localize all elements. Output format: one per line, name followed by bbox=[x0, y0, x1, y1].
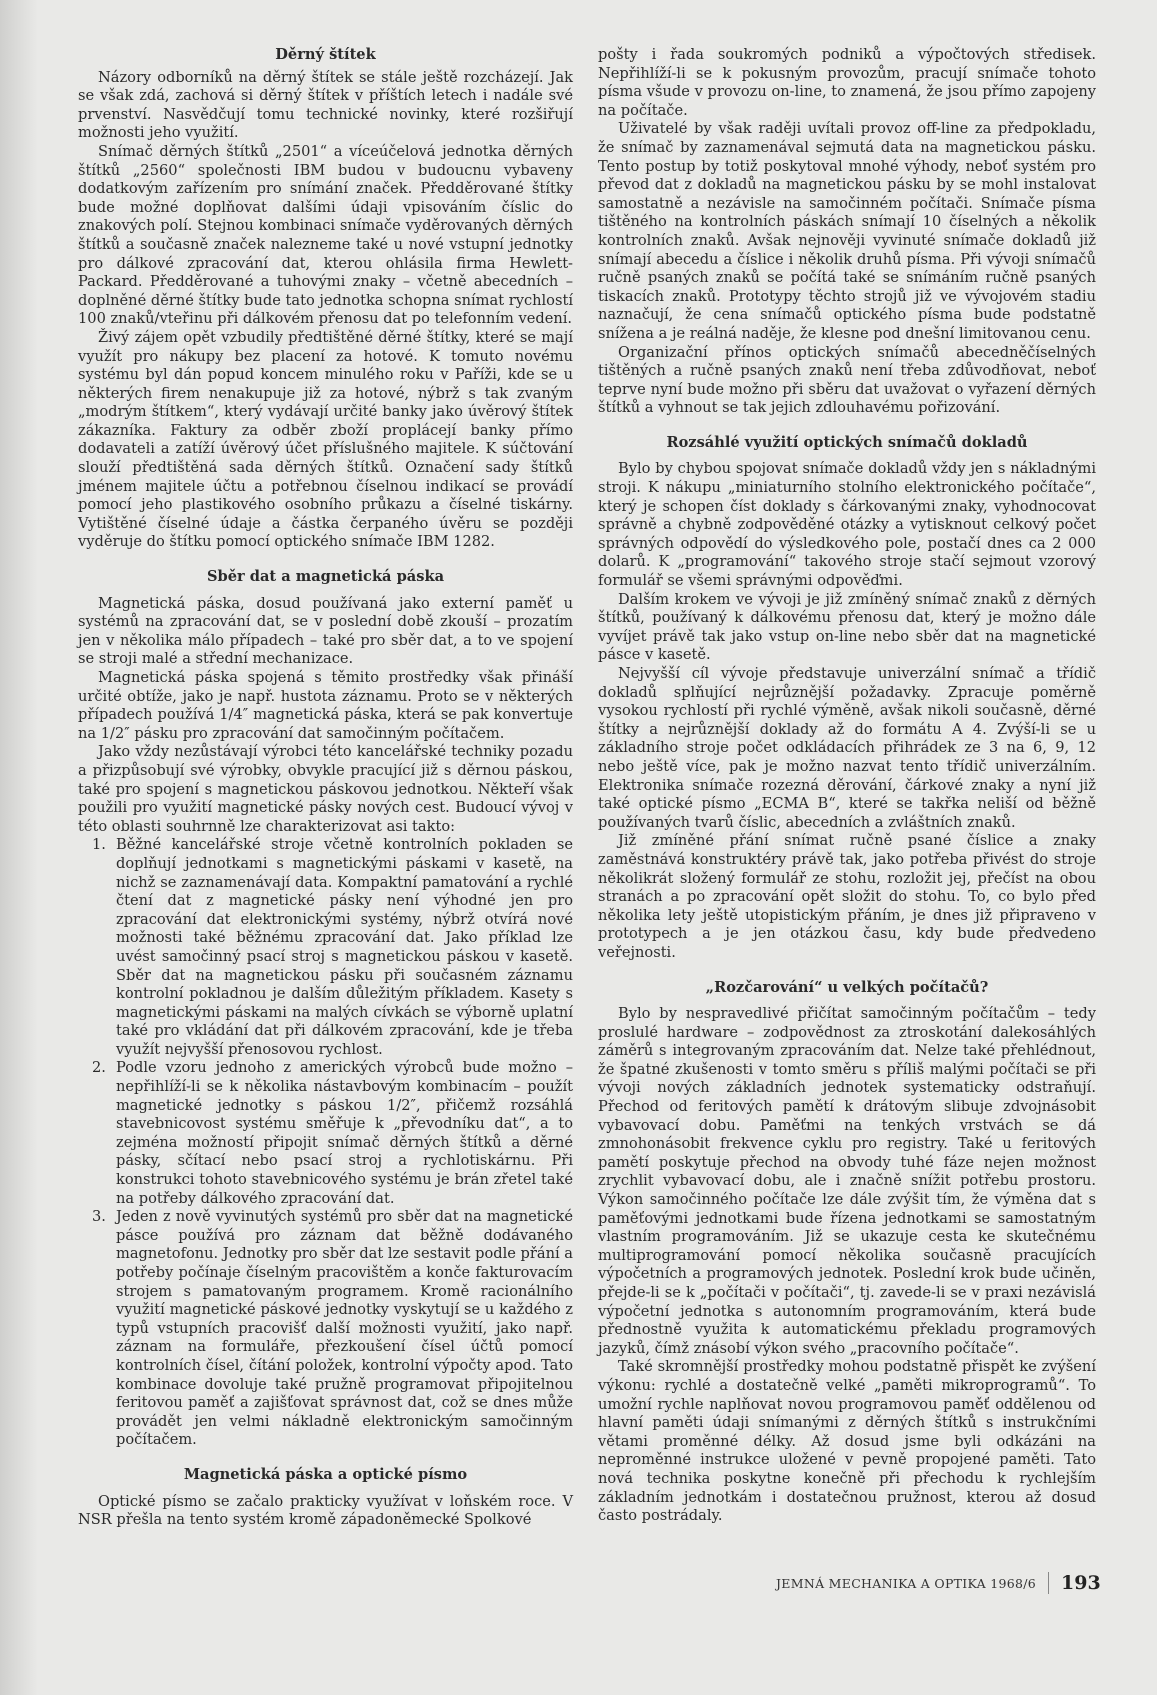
paragraph: Uživatelé by však raději uvítali provoz … bbox=[598, 120, 1096, 343]
paragraph: Živý zájem opět vzbudily předtištěné děr… bbox=[78, 329, 573, 552]
page-footer: JEMNÁ MECHANIKA A OPTIKA 1968/6 193 bbox=[776, 1572, 1101, 1594]
list-item: 2. Podle vzoru jednoho z amerických výro… bbox=[116, 1059, 573, 1208]
right-column: pošty i řada soukromých podniků a výpočt… bbox=[598, 46, 1096, 1526]
paragraph: Dalším krokem ve vývoji je již zmíněný s… bbox=[598, 591, 1096, 665]
section-heading-magneticka-paska: Magnetická páska a optické písmo bbox=[78, 1466, 573, 1485]
section-heading-rozcarovani: „Rozčarování“ u velkých počítačů? bbox=[598, 979, 1096, 998]
list-item-text: Podle vzoru jednoho z amerických výrobců… bbox=[116, 1059, 573, 1206]
paragraph: Bylo by chybou spojovat snímače dokladů … bbox=[598, 460, 1096, 590]
paragraph: Nejvyšší cíl vývoje představuje univerzá… bbox=[598, 665, 1096, 832]
journal-title: JEMNÁ MECHANIKA A OPTIKA 1968/6 bbox=[776, 1576, 1036, 1591]
paragraph: Názory odborníků na děrný štítek se stál… bbox=[78, 69, 573, 143]
paragraph: Jako vždy nezůstávají výrobci této kance… bbox=[78, 743, 573, 836]
list-number: 2. bbox=[92, 1059, 106, 1078]
footer-divider bbox=[1048, 1572, 1049, 1594]
list-item: 3. Jeden z nově vyvinutých systémů pro s… bbox=[116, 1208, 573, 1450]
list-item: 1. Běžné kancelářské stroje včetně kontr… bbox=[116, 836, 573, 1059]
section-heading-derny-stitek: Děrný štítek bbox=[78, 46, 573, 65]
paragraph: Organizační přínos optických snímačů abe… bbox=[598, 344, 1096, 418]
list-number: 1. bbox=[92, 836, 106, 855]
page-number: 193 bbox=[1061, 1572, 1101, 1594]
paragraph: Optické písmo se začalo prakticky využív… bbox=[78, 1493, 573, 1530]
paragraph: Bylo by nespravedlivé přičítat samočinný… bbox=[598, 1005, 1096, 1358]
paragraph: Magnetická páska spojená s těmito prostř… bbox=[78, 669, 573, 743]
numbered-list: 1. Běžné kancelářské stroje včetně kontr… bbox=[78, 836, 573, 1450]
paragraph: Také skromnější prostředky mohou podstat… bbox=[598, 1358, 1096, 1525]
left-column: Děrný štítek Názory odborníků na děrný š… bbox=[78, 46, 573, 1530]
section-heading-rozsahle-vyuziti: Rozsáhlé využití optických snímačů dokla… bbox=[598, 434, 1096, 453]
list-item-text: Jeden z nově vyvinutých systémů pro sběr… bbox=[116, 1208, 573, 1448]
page-binding-shadow bbox=[0, 0, 38, 1695]
section-heading-sber-dat: Sběr dat a magnetická páska bbox=[78, 568, 573, 587]
paragraph: Již zmíněné přání snímat ručně psané čís… bbox=[598, 832, 1096, 962]
list-number: 3. bbox=[92, 1208, 106, 1227]
list-item-text: Běžné kancelářské stroje včetně kontroln… bbox=[116, 836, 573, 1058]
paragraph-continuation: pošty i řada soukromých podniků a výpočt… bbox=[598, 46, 1096, 120]
paragraph: Snímač děrných štítků „2501“ a víceúčelo… bbox=[78, 143, 573, 329]
paragraph: Magnetická páska, dosud používaná jako e… bbox=[78, 595, 573, 669]
